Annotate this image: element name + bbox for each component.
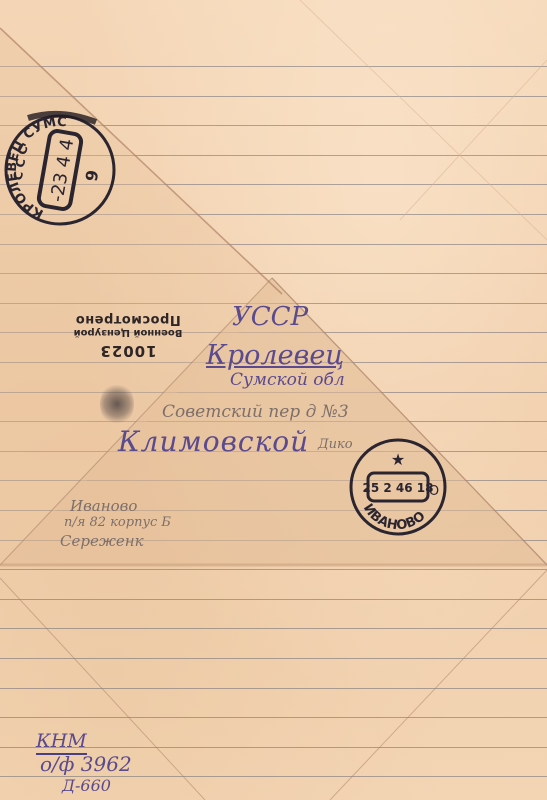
postmark-ivanovo: 25 2 46 18 ★ ИВАНОВО О xyxy=(343,434,453,540)
address-city: Кролевец xyxy=(206,340,344,371)
address-country: УССР xyxy=(232,302,308,332)
archive-fund: о/ф 3962 xyxy=(40,752,132,776)
censor-number: 10023 xyxy=(68,342,188,360)
sender-name: Сереженк xyxy=(60,532,144,550)
sender-box: п/я 82 корпус Б xyxy=(64,515,171,530)
svg-text:25 2 46 18: 25 2 46 18 xyxy=(363,481,434,495)
postmark-krolevets: -23 4 4 9 КРОЛЕВЕЦ СУМСКОЙ ОБЛ С С С xyxy=(0,108,118,230)
archive-item: Д-660 xyxy=(62,776,111,795)
address-recipient: Климовской xyxy=(118,425,309,458)
censor-stamp: 10023 Военной Цензурой Просмотрено xyxy=(68,312,188,364)
svg-text:9: 9 xyxy=(82,169,103,183)
svg-text:О: О xyxy=(429,484,439,499)
letter-sheet: -23 4 4 9 КРОЛЕВЕЦ СУМСКОЙ ОБЛ С С С 100… xyxy=(0,0,547,800)
address-region: Сумской обл xyxy=(230,370,345,390)
censor-line-1: Просмотрено xyxy=(68,312,188,327)
censor-line-2: Военной Цензурой xyxy=(68,327,188,338)
sender-city: Иваново xyxy=(70,497,137,515)
smudge-mark xyxy=(100,382,134,426)
address-street: Советский пер д №3 xyxy=(162,402,349,422)
svg-text:★: ★ xyxy=(391,452,405,469)
